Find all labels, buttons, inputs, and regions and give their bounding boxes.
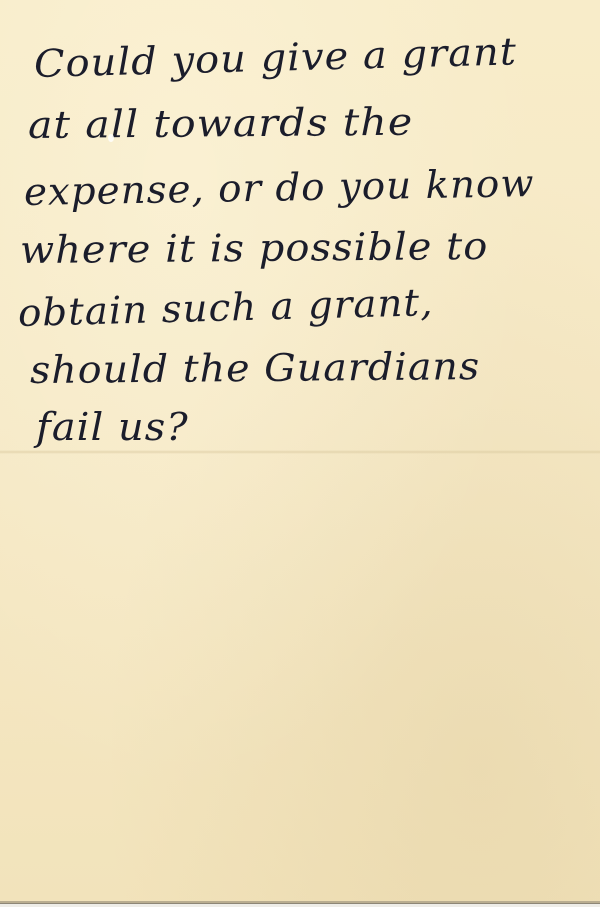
paper-fold-line <box>0 450 600 454</box>
handwritten-line-2: at all towards the <box>28 100 414 147</box>
handwritten-line-4: where it is possible to <box>20 224 489 272</box>
handwritten-line-5: obtain such a grant, <box>17 280 434 335</box>
handwritten-text: Could you give a grant at all towards th… <box>0 0 600 460</box>
paper-blemish <box>108 134 114 142</box>
page-bottom-edge <box>0 903 600 907</box>
handwritten-line-1: Could you give a grant <box>33 29 517 86</box>
handwritten-line-3: expense, or do you know <box>24 161 535 214</box>
letter-page: Could you give a grant at all towards th… <box>0 0 600 903</box>
paper-blemish <box>112 196 115 199</box>
handwritten-line-6: should the Guardians <box>30 344 481 392</box>
handwritten-line-7: fail us? <box>36 405 189 449</box>
